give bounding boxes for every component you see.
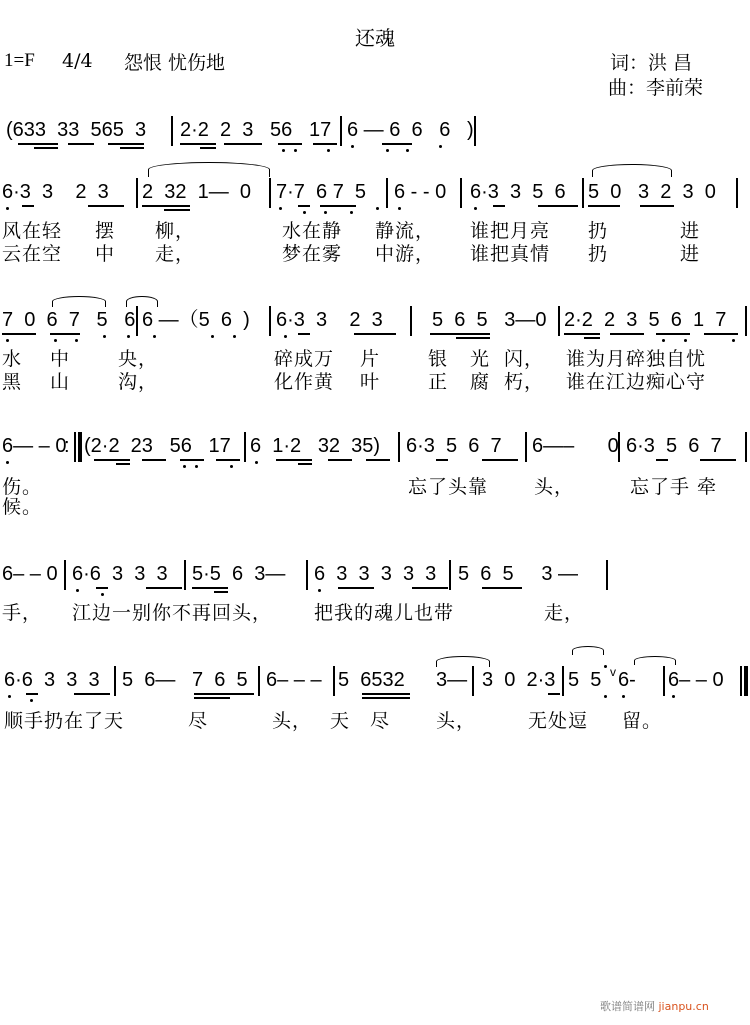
lyric-word: 水 <box>2 348 22 370</box>
note-group: 6 3 3 3 3 3 <box>314 562 436 586</box>
song-title: 还魂 <box>0 22 750 51</box>
note-group: 2·2 2 3 5 6 1 7 <box>564 308 726 332</box>
bar-line <box>306 560 308 590</box>
bar-line <box>386 178 388 208</box>
bar-line <box>736 178 738 208</box>
bar-line <box>333 666 335 696</box>
bar-line <box>410 306 412 336</box>
low-octave-dot <box>324 211 327 214</box>
bar-line <box>606 560 608 590</box>
lyric-word: 无处逗 <box>528 710 588 732</box>
lyric-word: 忘了手 牵 <box>630 476 717 498</box>
slur <box>634 656 676 665</box>
high-octave-dot <box>604 665 607 668</box>
low-octave-dot <box>327 149 330 152</box>
underline <box>68 143 94 145</box>
underline <box>320 205 356 207</box>
bar-line <box>449 560 451 590</box>
note-group: 5·5 6 3— <box>192 562 285 586</box>
lyric-word: 黑 <box>2 371 22 393</box>
lyric-word: 扔 <box>588 220 608 242</box>
lyric-word: 头， <box>272 710 312 732</box>
lyric-word: 摆 <box>95 220 115 242</box>
lyric-word: 闪， <box>504 348 544 370</box>
underline <box>493 205 505 207</box>
underline <box>276 459 312 461</box>
lyric-word: 水在静 <box>282 220 342 242</box>
lyric-word: 腐 <box>470 371 490 393</box>
bar-line <box>269 306 271 336</box>
lyric-word: 进 <box>680 220 700 242</box>
note-group: (2·2 23 56 17 <box>84 434 231 458</box>
underline <box>278 143 302 145</box>
lyric-word: 天 <box>330 710 350 732</box>
lyric-word: 把我的魂儿也带 <box>314 602 454 624</box>
underline <box>192 587 228 589</box>
underline <box>610 333 644 335</box>
lyric-word: 谁把真情 <box>470 243 550 265</box>
note-group: 7 0 6 7 5 6 <box>2 308 135 332</box>
underline <box>538 205 578 207</box>
low-octave-dot <box>75 339 78 342</box>
lyric-word: 谁为月碎独自忧 <box>566 348 706 370</box>
bar-line <box>558 306 560 336</box>
low-octave-dot <box>386 149 389 152</box>
underline <box>456 337 490 339</box>
breath-mark-icon: v <box>610 660 616 684</box>
underline <box>96 587 108 589</box>
lyric-word: 尽 <box>188 710 208 732</box>
underline <box>94 459 130 461</box>
lyric-word: 走， <box>544 602 584 624</box>
lyric-word: 风在轻 <box>2 220 62 242</box>
lyric-word: 头， <box>534 476 574 498</box>
underline <box>298 463 312 465</box>
lyric-word: 扔 <box>588 243 608 265</box>
low-octave-dot <box>662 339 665 342</box>
bar-line <box>269 178 271 208</box>
lyric-word: 尽 <box>370 710 390 732</box>
underline <box>120 147 144 149</box>
note-group: 6—– 0 <box>532 434 619 458</box>
underline <box>328 459 352 461</box>
underline <box>298 205 310 207</box>
note-group: 6·3 3 2 3 <box>276 308 383 332</box>
low-octave-dot <box>672 695 675 698</box>
note-group: (633 33 565 3 <box>6 118 146 142</box>
underline <box>194 697 230 699</box>
underline <box>482 587 522 589</box>
underline <box>362 697 410 699</box>
low-octave-dot <box>604 695 607 698</box>
lyric-word: 头， <box>436 710 476 732</box>
bar-line <box>136 306 138 336</box>
slur <box>126 296 158 307</box>
lyric-word: 忘了头靠 <box>408 476 488 498</box>
note-group: 2 32 1— 0 <box>142 180 251 204</box>
underline <box>584 337 600 339</box>
underline <box>362 693 410 695</box>
underline <box>180 459 204 461</box>
final-bar-thick <box>744 666 748 696</box>
low-octave-dot <box>284 335 287 338</box>
lyric-word: 江边一别你不再回头， <box>72 602 272 624</box>
lyric-word: 化作黄 <box>274 371 334 393</box>
underline <box>564 333 600 335</box>
lyric-word: 走， <box>155 243 195 265</box>
underline <box>216 459 240 461</box>
bar-line <box>582 178 584 208</box>
bar-line <box>745 432 747 462</box>
low-octave-dot <box>211 335 214 338</box>
note-group: 7·7 6 7 5 <box>276 180 366 204</box>
slur <box>148 162 270 177</box>
low-octave-dot <box>282 149 285 152</box>
lyric-word: 柳， <box>155 220 195 242</box>
note-group: 6·3 5 6 7 <box>626 434 722 458</box>
underline <box>2 333 36 335</box>
slur <box>436 656 490 667</box>
lyric-word: 朽， <box>504 371 544 393</box>
note-group: 6·6 3 3 3 <box>4 668 100 692</box>
underline <box>224 143 262 145</box>
note-group: 6·3 3 5 6 <box>470 180 566 204</box>
underline <box>366 459 390 461</box>
bar-line <box>472 666 474 696</box>
lyric-word: 进 <box>680 243 700 265</box>
time-signature: 4/4 <box>62 50 93 72</box>
key-signature: 1=F <box>4 50 35 72</box>
bar-line <box>745 306 747 336</box>
low-octave-dot <box>230 465 233 468</box>
underline <box>74 693 110 695</box>
composer-credit: 曲：李前荣 <box>608 73 703 100</box>
underline <box>430 333 490 335</box>
underline <box>180 143 216 145</box>
underline <box>142 459 166 461</box>
bar-line <box>171 116 173 146</box>
underline <box>108 143 144 145</box>
repeat-bar-thick <box>78 432 82 462</box>
underline <box>116 463 130 465</box>
low-octave-dot <box>6 207 9 210</box>
bar-line <box>474 116 476 146</box>
low-octave-dot <box>279 207 282 210</box>
underline <box>700 459 736 461</box>
bar-line <box>114 666 116 696</box>
low-octave-dot <box>54 339 57 342</box>
bar-line <box>184 560 186 590</box>
underline <box>88 205 124 207</box>
note-group: 3— <box>436 668 467 692</box>
underline <box>34 147 58 149</box>
lyric-word: 梦在雾 <box>282 243 342 265</box>
lyric-word: 中游， <box>375 243 435 265</box>
bar-line <box>64 560 66 590</box>
note-group: 3 0 2·3 <box>482 668 555 692</box>
lyric-word: 央， <box>118 348 158 370</box>
lyric-word: 伤。 <box>2 476 42 498</box>
low-octave-dot <box>350 211 353 214</box>
final-bar-thin <box>740 666 742 696</box>
lyric-word: 片 <box>360 348 380 370</box>
low-octave-dot <box>474 207 477 210</box>
low-octave-dot <box>6 339 9 342</box>
underline <box>704 333 738 335</box>
bar-line <box>525 432 527 462</box>
lyric-word: 银 <box>428 348 448 370</box>
watermark: 歌谱简谱网 jianpu.cn <box>600 998 709 1014</box>
lyric-word: 候。 <box>2 496 42 518</box>
low-octave-dot <box>8 695 11 698</box>
low-octave-dot <box>183 465 186 468</box>
underline <box>298 333 310 335</box>
note-group: 6·6 3 3 3 <box>72 562 168 586</box>
bar-line <box>398 432 400 462</box>
underline <box>656 333 690 335</box>
low-octave-dot <box>76 589 79 592</box>
low-octave-dot <box>398 207 401 210</box>
low-octave-dot <box>101 593 104 596</box>
note-group: 6– – 0 <box>668 668 724 692</box>
low-octave-dot <box>351 145 354 148</box>
watermark-en: jianpu.cn <box>659 1000 709 1013</box>
note-group: 6- <box>618 668 636 692</box>
expression-marking: 怨恨 忧伤地 <box>124 48 225 75</box>
low-octave-dot <box>303 211 306 214</box>
bar-line <box>618 432 620 462</box>
slur <box>52 296 106 307</box>
underline <box>482 459 518 461</box>
low-octave-dot <box>127 335 130 338</box>
note-group: 6 1·2 32 35) <box>250 434 380 458</box>
bar-line <box>340 116 342 146</box>
underline <box>164 209 190 211</box>
note-group: 5 6532 <box>338 668 405 692</box>
low-octave-dot <box>255 461 258 464</box>
underline <box>18 143 58 145</box>
note-group: 6– – 0 <box>2 562 58 586</box>
underline <box>194 693 254 695</box>
underline <box>640 205 674 207</box>
lyric-word: 顺手扔在了天 <box>4 710 124 732</box>
lyric-word: 静流， <box>375 220 435 242</box>
note-group: 6·3 3 2 3 <box>2 180 109 204</box>
lyric-word: 谁把月亮 <box>470 220 550 242</box>
low-octave-dot <box>684 339 687 342</box>
low-octave-dot <box>376 207 379 210</box>
lyric-word: 手， <box>2 602 42 624</box>
underline <box>338 587 374 589</box>
low-octave-dot <box>195 465 198 468</box>
lyric-word: 谁在江边痴心守 <box>566 371 706 393</box>
underline <box>548 693 560 695</box>
note-group: 6 - - 0 <box>394 180 446 204</box>
bar-line <box>663 666 665 696</box>
low-octave-dot <box>294 149 297 152</box>
underline <box>436 459 448 461</box>
note-group: 2·2 2 3 56 17 <box>180 118 331 142</box>
underline <box>656 459 668 461</box>
underline <box>588 205 620 207</box>
lyric-word: 正 <box>428 371 448 393</box>
underline <box>26 693 38 695</box>
slur <box>592 164 672 177</box>
bar-line <box>562 666 564 696</box>
repeat-bar-thin <box>74 432 76 462</box>
underline <box>313 143 337 145</box>
lyric-word: 山 <box>50 371 70 393</box>
underline <box>214 591 228 593</box>
low-octave-dot <box>732 339 735 342</box>
underline <box>382 143 412 145</box>
lyric-word: 叶 <box>360 371 380 393</box>
note-group: 6 — 6 6 6 ) <box>347 118 474 142</box>
lyric-word: 留。 <box>622 710 662 732</box>
note-group: 5 6 5 3—0 <box>432 308 547 332</box>
note-group: 6— – 0 <box>2 434 66 458</box>
watermark-cn: 歌谱简谱网 <box>600 1000 655 1013</box>
lyric-word: 碎成万 <box>274 348 334 370</box>
note-group: 5 6 5 3 — <box>458 562 578 586</box>
lyric-word: 中 <box>50 348 70 370</box>
low-octave-dot <box>318 589 321 592</box>
low-octave-dot <box>622 695 625 698</box>
bar-line <box>136 178 138 208</box>
note-group: 6 —（5 6 ) <box>142 308 250 332</box>
underline <box>142 205 190 207</box>
underline <box>146 587 182 589</box>
underline <box>412 587 448 589</box>
underline <box>354 333 396 335</box>
low-octave-dot <box>406 149 409 152</box>
slur <box>572 646 604 655</box>
lyric-word: 沟， <box>118 371 158 393</box>
underline <box>200 147 216 149</box>
note-group: 5 6— 7 6 5 <box>122 668 248 692</box>
note-group: 5 5 <box>568 668 601 692</box>
lyric-word: 云在空 <box>2 243 62 265</box>
note-group: 6– – – <box>266 668 322 692</box>
bar-line <box>244 432 246 462</box>
low-octave-dot <box>6 461 9 464</box>
note-group: 5 0 3 2 3 0 <box>588 180 716 204</box>
underline <box>50 333 80 335</box>
note-group: 6·3 5 6 7 <box>406 434 502 458</box>
bar-line <box>460 178 462 208</box>
low-octave-dot <box>153 335 156 338</box>
repeat-dots: : <box>64 434 70 458</box>
low-octave-dot <box>103 335 106 338</box>
underline <box>22 205 34 207</box>
lyric-word: 中 <box>95 243 115 265</box>
lyricist-credit: 词：洪 昌 <box>610 48 692 75</box>
bar-line <box>258 666 260 696</box>
low-octave-dot <box>30 699 33 702</box>
low-octave-dot <box>233 335 236 338</box>
lyric-word: 光 <box>470 348 490 370</box>
low-octave-dot <box>439 145 442 148</box>
